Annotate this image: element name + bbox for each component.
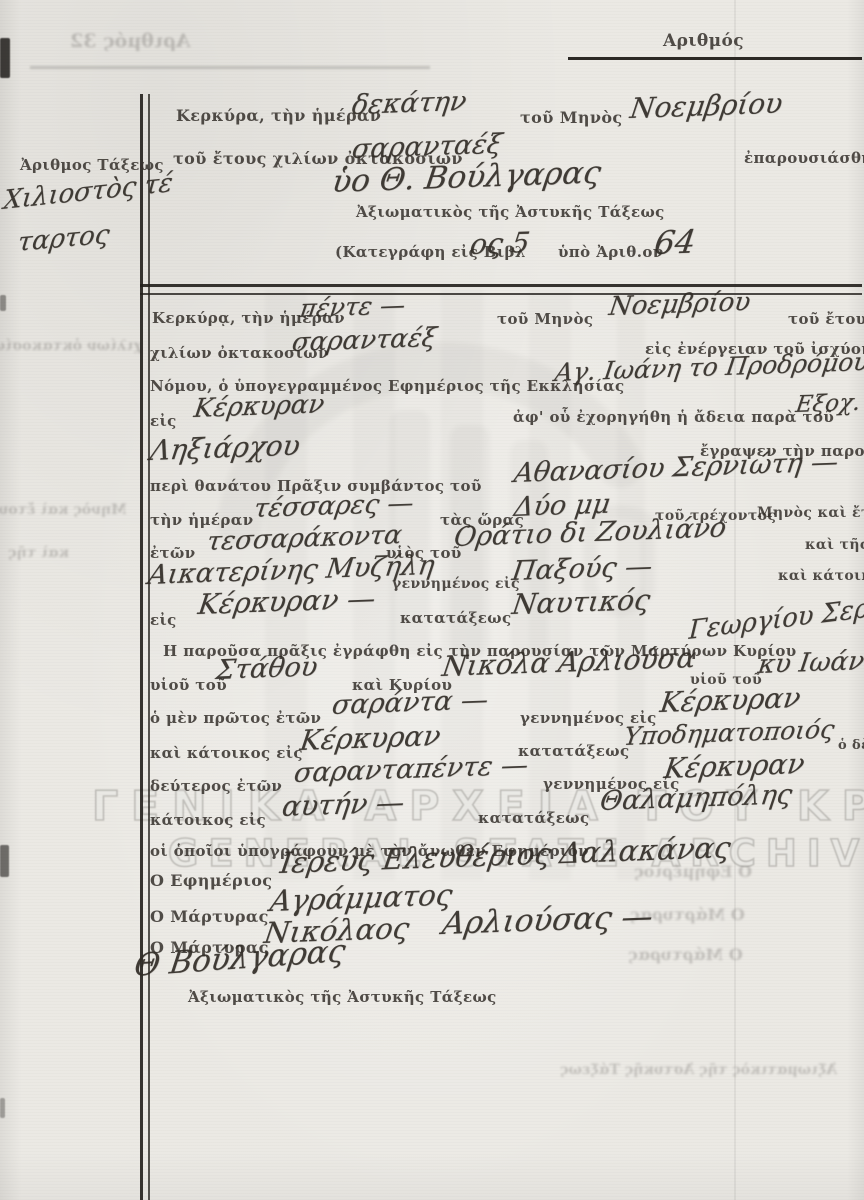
margin-vertical-rule xyxy=(140,94,150,1200)
body-first-witness-birthplace-handwritten: Κέρκυραν xyxy=(658,681,803,719)
body-and-of-label: καὶ τῆς xyxy=(805,537,864,553)
bleedthrough-text: Μηνὸς καὶ ἔτους xyxy=(0,502,127,518)
priest-signature-label: Ο Εφημέριος xyxy=(150,871,272,890)
body-first-witness-occupation-handwritten: Υποδηματοποιός xyxy=(622,714,836,751)
header-presented-label: ἐπαρουσιάσθη xyxy=(744,149,864,167)
bleedthrough-rule xyxy=(30,66,430,69)
body-residence-handwritten: Κέρκυραν — xyxy=(196,582,378,621)
body-witness2-father-handwritten: κυ Ιωάνν xyxy=(756,646,864,680)
header-officer-title: Ἀξιωματικὸς τῆς Ἀστυκῆς Τάξεως xyxy=(356,203,665,221)
header-month-label: τοῦ Μηνὸς xyxy=(520,108,623,127)
header-month-handwritten: Νοεμβρίου xyxy=(628,87,785,125)
witness1-signature-label: Ο Μάρτυρας xyxy=(150,907,269,926)
bleedthrough-text: χιλίων ὀκτακοσίων xyxy=(0,338,143,354)
bleedthrough-witness-label: Ο Μάρτυρας xyxy=(628,945,743,964)
header-day-handwritten: δεκάτην xyxy=(350,86,469,121)
body-born-at-label: γεννημένος εἰς xyxy=(392,576,520,592)
bleedthrough-text: καὶ τῆς xyxy=(8,545,69,561)
body-month-year-label: Μηνὸς καὶ ἔτους xyxy=(757,505,864,521)
body-month-label: τοῦ Μηνὸς xyxy=(497,310,593,328)
body-excellency-handwritten: Εξοχ. xyxy=(794,390,862,418)
body-second-witness-age-label: δεύτερος ἐτῶν xyxy=(150,777,282,795)
body-day-handwritten: πέντε — xyxy=(298,290,407,323)
edge-ink-mark xyxy=(0,38,10,78)
body-residence-at-label: εἰς xyxy=(150,611,177,629)
body-first-witness-age-handwritten: σαράντα — xyxy=(330,684,490,721)
body-resident-label: καὶ κάτοικος xyxy=(778,568,864,584)
header-under-number-label: ὑπὸ Ἀριθ.ον xyxy=(558,243,664,261)
edge-ink-mark xyxy=(0,295,6,311)
body-second-witness-residence-label: κάτοικος εἰς xyxy=(150,811,266,829)
body-first-witness-residence-handwritten: Κέρκυραν xyxy=(298,719,443,757)
body-second-witness-occupation-label: κατατάξεως xyxy=(478,809,589,827)
body-month-handwritten: Νοεμβρίου xyxy=(607,287,752,322)
body-occupation-label: κατατάξεως xyxy=(400,609,511,627)
corner-number-label: Αριθμός xyxy=(663,31,744,51)
edge-ink-mark xyxy=(0,845,9,877)
body-permission-label: ἀφ' οὗ ἐχορηγήθη ἡ ἄδεια παρὰ τοῦ xyxy=(513,408,834,426)
body-first-witness-residence-label: καὶ κάτοικος εἰς xyxy=(150,744,303,762)
header-record-number-handwritten: 64 xyxy=(652,222,698,262)
body-the-second-label: ὁ δὲ xyxy=(838,738,864,753)
margin-serial-handwritten-2: ταρτος xyxy=(16,220,111,258)
body-year-intro-label: τοῦ ἔτους xyxy=(788,310,864,328)
body-first-witness-age-label: ὁ μὲν πρῶτος ἐτῶν xyxy=(150,709,321,727)
bleedthrough-officer-title: Ἀξιωματικὸς τῆς Ἀστυκῆς Τάξεως xyxy=(560,1062,837,1078)
body-occupation-handwritten: Ναυτικός xyxy=(510,583,652,621)
body-first-witness-occupation-label: κατατάξεως xyxy=(518,742,629,760)
body-witness1-name-handwritten: Γεωργίου Σερνιώτη xyxy=(688,584,864,646)
body-registrar-handwritten: Ληξιάρχου xyxy=(148,429,302,467)
witness2-signature-surname: Αρλιούσας — xyxy=(440,898,655,942)
fold-line xyxy=(734,0,736,1200)
bleedthrough-number: Αριθμός 32 xyxy=(70,30,190,52)
body-witness1-father-handwritten: Στάθου xyxy=(214,651,320,686)
body-birthplace-handwritten: Παξούς — xyxy=(510,551,654,587)
body-year-handwritten: σαρανταέξ xyxy=(290,323,438,358)
scanned-death-record-page: ΓΕΝΙΚΑ ΑΡΧΕΙΑ ΤΟΥ ΚΡΑΤΟΥΣ GENERAL STATE … xyxy=(0,0,864,1200)
header-book-handwritten: ος 5 xyxy=(468,226,532,261)
body-second-witness-residence-handwritten: αυτήν — xyxy=(280,786,407,823)
police-officer-title-label: Ἀξιωματικὸς τῆς Ἀστυκῆς Τάξεως xyxy=(188,988,497,1006)
header-separator-rule xyxy=(140,284,862,295)
body-church-place-handwritten: Κέρκυραν xyxy=(192,389,326,424)
body-at-label: εἰς xyxy=(150,412,177,430)
body-death-day-handwritten: τέσσαρες — xyxy=(252,488,416,524)
number-blank-line xyxy=(568,57,862,60)
edge-ink-mark xyxy=(0,1098,5,1118)
